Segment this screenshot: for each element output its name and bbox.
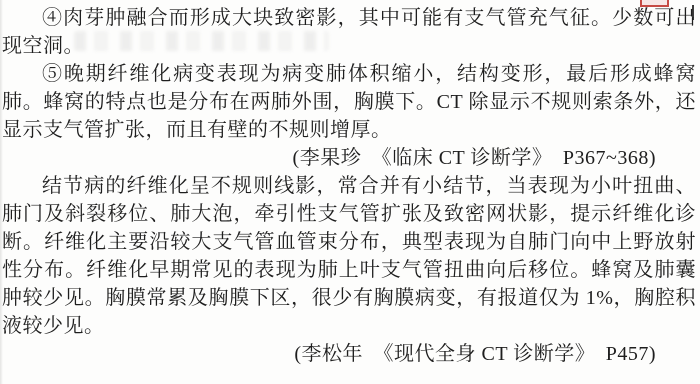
scanned-document-page: ④肉芽肿融合而形成大块致密影，其中可能有支气管充气征。少数可出现空洞。 ⑤晚期纤… — [0, 0, 700, 384]
paragraph-finding-5: ⑤晚期纤维化病变表现为病变肺体积缩小，结构变形，最后形成蜂窝肺。蜂窝的特点也是分… — [2, 60, 696, 144]
ink-bleed-through-artifact — [74, 31, 329, 51]
citation-li-guozhen: (李果珍 《临床 CT 诊断学》 P367~368) — [2, 144, 696, 172]
paragraph-sarcoidosis-fibrosis: 结节病的纤维化呈不规则线影，常合并有小结节，当表现为小叶扭曲、肺门及斜裂移位、肺… — [2, 172, 696, 340]
citation-li-songnian: (李松年 《现代全身 CT 诊断学》 P457) — [2, 340, 696, 368]
document-text-block: ④肉芽肿融合而形成大块致密影，其中可能有支气管充气征。少数可出现空洞。 ⑤晚期纤… — [2, 4, 696, 368]
